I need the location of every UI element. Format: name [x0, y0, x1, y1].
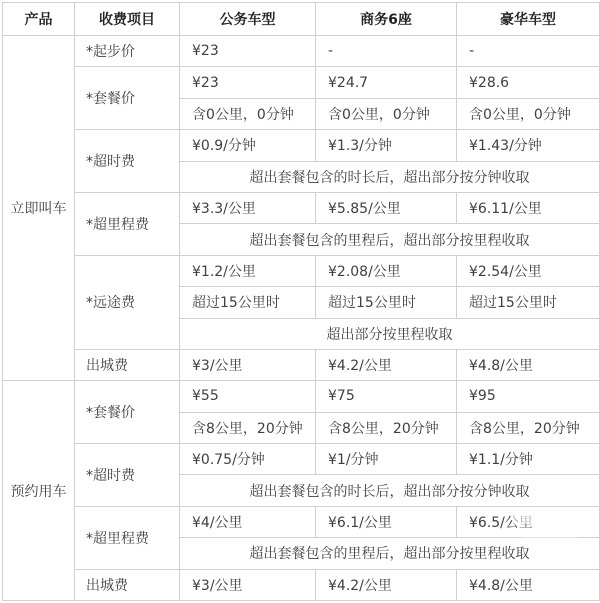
- value-cell: ¥75: [316, 381, 457, 412]
- table-row: *超时费¥0.75/分钟¥1/分钟¥1.1/分钟: [3, 444, 600, 475]
- table-row: 立即叫车*起步价¥23--: [3, 36, 600, 67]
- description-cell: 超出套餐包含的里程后，超出部分按里程收取: [180, 224, 600, 255]
- value-cell: ¥55: [180, 381, 316, 412]
- value-cell: ¥3/公里: [180, 349, 316, 380]
- fee-item-cell: *远途费: [75, 255, 180, 349]
- fee-item-cell: 出城费: [75, 569, 180, 600]
- value-cell: ¥4.8/公里: [457, 349, 600, 380]
- value-cell: 含0公里，0分钟: [457, 98, 600, 129]
- table-row: 出城费¥3/公里¥4.2/公里¥4.8/公里: [3, 349, 600, 380]
- value-cell: 超过15公里时: [457, 287, 600, 318]
- column-header-4: 豪华车型: [457, 3, 600, 36]
- fare-pricing-table: 产品收费项目公务车型商务6座豪华车型 立即叫车*起步价¥23--*套餐价¥23¥…: [2, 2, 600, 601]
- value-cell: 含0公里，0分钟: [180, 98, 316, 129]
- value-cell: ¥95: [457, 381, 600, 412]
- value-cell: ¥6.1/公里: [316, 506, 457, 537]
- value-cell: ¥0.75/分钟: [180, 444, 316, 475]
- value-cell: ¥1/分钟: [316, 444, 457, 475]
- table-row: *超时费¥0.9/分钟¥1.3/分钟¥1.43/分钟: [3, 130, 600, 161]
- value-cell: ¥24.7: [316, 67, 457, 98]
- value-cell: ¥2.08/公里: [316, 255, 457, 286]
- value-cell: ¥1.2/公里: [180, 255, 316, 286]
- value-cell: ¥2.54/公里: [457, 255, 600, 286]
- value-cell: -: [457, 36, 600, 67]
- value-cell: 含8公里，20分钟: [180, 412, 316, 443]
- product-cell: 立即叫车: [3, 36, 75, 381]
- value-cell: ¥1.43/分钟: [457, 130, 600, 161]
- value-cell: ¥28.6: [457, 67, 600, 98]
- description-cell: 超出部分按里程收取: [180, 318, 600, 349]
- value-cell: ¥1.1/分钟: [457, 444, 600, 475]
- column-header-0: 产品: [3, 3, 75, 36]
- value-cell: ¥3.3/公里: [180, 192, 316, 223]
- table-row: *超里程费¥3.3/公里¥5.85/公里¥6.11/公里: [3, 192, 600, 223]
- table-row: *套餐价¥23¥24.7¥28.6: [3, 67, 600, 98]
- fee-item-cell: *超里程费: [75, 506, 180, 569]
- table-row: 出城费¥3/公里¥4.2/公里¥4.8/公里: [3, 569, 600, 600]
- value-cell: ¥3/公里: [180, 569, 316, 600]
- pricing-table-screen: 产品收费项目公务车型商务6座豪华车型 立即叫车*起步价¥23--*套餐价¥23¥…: [0, 0, 600, 603]
- fee-item-cell: *套餐价: [75, 67, 180, 130]
- column-header-3: 商务6座: [316, 3, 457, 36]
- fee-item-cell: *超时费: [75, 444, 180, 507]
- column-header-2: 公务车型: [180, 3, 316, 36]
- description-cell: 超出套餐包含的时长后，超出部分按分钟收取: [180, 475, 600, 506]
- value-cell: 含0公里，0分钟: [316, 98, 457, 129]
- value-cell: 含8公里，20分钟: [457, 412, 600, 443]
- header-row: 产品收费项目公务车型商务6座豪华车型: [3, 3, 600, 36]
- value-cell: ¥4.8/公里: [457, 569, 600, 600]
- description-cell: 超出套餐包含的里程后，超出部分按里程收取: [180, 538, 600, 569]
- description-cell: 超出套餐包含的时长后，超出部分按分钟收取: [180, 161, 600, 192]
- fee-item-cell: *套餐价: [75, 381, 180, 444]
- value-cell: 含8公里，20分钟: [316, 412, 457, 443]
- value-cell: ¥6.11/公里: [457, 192, 600, 223]
- value-cell: ¥4.2/公里: [316, 349, 457, 380]
- table-body: 立即叫车*起步价¥23--*套餐价¥23¥24.7¥28.6含0公里，0分钟含0…: [3, 36, 600, 601]
- value-cell: ¥6.5/公里: [457, 506, 600, 537]
- table-row: *超里程费¥4/公里¥6.1/公里¥6.5/公里: [3, 506, 600, 537]
- value-cell: ¥5.85/公里: [316, 192, 457, 223]
- value-cell: -: [316, 36, 457, 67]
- fee-item-cell: *起步价: [75, 36, 180, 67]
- value-cell: ¥4/公里: [180, 506, 316, 537]
- fee-item-cell: *超里程费: [75, 192, 180, 255]
- fee-item-cell: 出城费: [75, 349, 180, 380]
- value-cell: ¥23: [180, 36, 316, 67]
- value-cell: 超过15公里时: [180, 287, 316, 318]
- product-cell: 预约用车: [3, 381, 75, 601]
- value-cell: ¥4.2/公里: [316, 569, 457, 600]
- fee-item-cell: *超时费: [75, 130, 180, 193]
- table-row: 预约用车*套餐价¥55¥75¥95: [3, 381, 600, 412]
- value-cell: ¥1.3/分钟: [316, 130, 457, 161]
- column-header-1: 收费项目: [75, 3, 180, 36]
- value-cell: 超过15公里时: [316, 287, 457, 318]
- value-cell: ¥0.9/分钟: [180, 130, 316, 161]
- table-row: *远途费¥1.2/公里¥2.08/公里¥2.54/公里: [3, 255, 600, 286]
- value-cell: ¥23: [180, 67, 316, 98]
